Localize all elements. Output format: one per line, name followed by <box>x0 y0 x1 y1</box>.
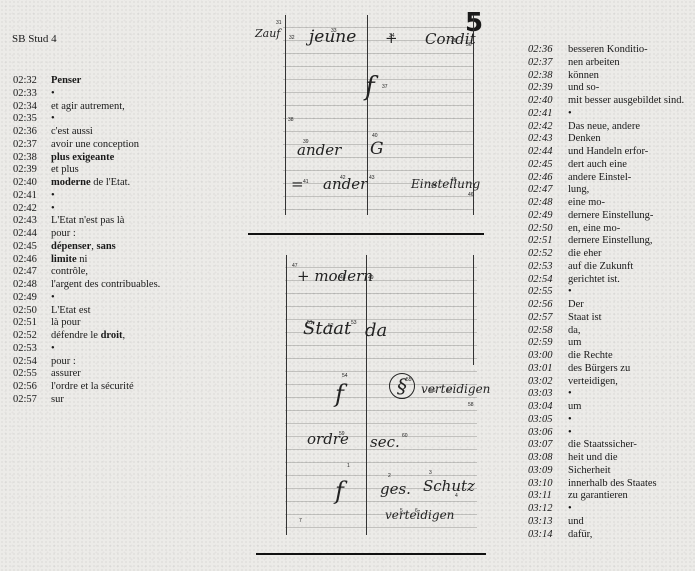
note-index: 44 <box>431 183 437 189</box>
transcript-row: 02:38plus exigeante <box>13 152 160 165</box>
transcript-text: • <box>51 88 55 101</box>
transcript-row: 03:11zu garantieren <box>528 490 684 503</box>
timestamp: 03:09 <box>528 465 568 478</box>
timestamp: 02:57 <box>13 394 51 407</box>
timestamp: 03:14 <box>528 529 568 542</box>
timestamp: 03:02 <box>528 376 568 389</box>
timestamp: 02:56 <box>13 381 51 394</box>
transcript-text: • <box>51 343 55 356</box>
transcript-text: en, eine mo- <box>568 223 620 236</box>
timestamp: 02:41 <box>13 190 51 203</box>
timestamp: 02:40 <box>13 177 51 190</box>
transcript-row: 02:37avoir une conception <box>13 139 160 152</box>
transcript-row: 02:55• <box>528 286 684 299</box>
center-line <box>366 255 367 535</box>
timestamp: 02:53 <box>528 261 568 274</box>
note-index: 5 <box>400 508 403 514</box>
timestamp: 03:03 <box>528 388 568 401</box>
german-transcript: 02:36besseren Konditio-02:37nen arbeiten… <box>528 44 684 541</box>
transcript-row: 02:46limite ni <box>13 254 160 267</box>
transcript-row: 03:14dafür, <box>528 529 684 542</box>
transcript-text: dert auch eine <box>568 159 627 172</box>
transcript-row: 02:42• <box>13 203 160 216</box>
transcript-row: 02:47lung, <box>528 184 684 197</box>
transcript-text: dépenser, sans <box>51 241 116 254</box>
transcript-text: sur <box>51 394 64 407</box>
transcript-text: assurer <box>51 368 81 381</box>
transcript-text: moderne de l'Etat. <box>51 177 130 190</box>
transcript-text: des Bürgers zu <box>568 363 630 376</box>
transcript-text: da, <box>568 325 581 338</box>
text-segment: • <box>51 203 55 214</box>
transcript-text: und so- <box>568 82 599 95</box>
note-index: 56 <box>430 388 436 394</box>
transcript-row: 02:47contrôle, <box>13 266 160 279</box>
transcript-row: 02:49dernere Einstellung- <box>528 210 684 223</box>
timestamp: 02:55 <box>13 368 51 381</box>
note-index: 35 <box>451 38 457 44</box>
transcript-text: Denken <box>568 133 601 146</box>
transcript-text: dernere Einstellung, <box>568 235 653 248</box>
transcript-text: die Rechte <box>568 350 613 363</box>
margin-line <box>285 15 286 215</box>
transcript-text: • <box>51 190 55 203</box>
note-symbol: f <box>335 380 344 408</box>
timestamp: 02:42 <box>13 203 51 216</box>
transcript-row: 02:51dernere Einstellung, <box>528 235 684 248</box>
timestamp: 02:36 <box>528 44 568 57</box>
margin-line <box>286 255 287 535</box>
transcript-text: besseren Konditio- <box>568 44 648 57</box>
transcript-text: • <box>568 108 572 121</box>
transcript-row: 03:01des Bürgers zu <box>528 363 684 376</box>
transcript-row: 03:10innerhalb des Staates <box>528 478 684 491</box>
timestamp: 02:35 <box>13 113 51 126</box>
transcript-text: plus exigeante <box>51 152 114 165</box>
handwritten-notes-page-1: Zauf jeune + Condit f ander G = ander Ei… <box>283 15 473 215</box>
timestamp: 03:08 <box>528 452 568 465</box>
transcript-row: 03:03• <box>528 388 684 401</box>
note-index: 39 <box>303 139 309 145</box>
transcript-text: und Handeln erfor- <box>568 146 648 159</box>
divider-rule <box>256 553 486 555</box>
divider-rule <box>248 233 484 235</box>
note-symbol: G <box>370 139 384 159</box>
timestamp: 02:57 <box>528 312 568 325</box>
note-index: 59 <box>339 431 345 437</box>
timestamp: 02:54 <box>13 356 51 369</box>
text-segment: • <box>51 113 55 124</box>
transcript-text: • <box>51 292 55 305</box>
note-index: 32 <box>289 35 295 41</box>
transcript-text: là pour <box>51 317 80 330</box>
transcript-row: 02:42Das neue, andere <box>528 121 684 134</box>
transcript-row: 02:49• <box>13 292 160 305</box>
text-segment: défendre le <box>51 330 101 341</box>
french-transcript: 02:32Penser02:33•02:34et agir autrement,… <box>13 75 160 407</box>
transcript-text: • <box>568 503 572 516</box>
text-segment: • <box>51 190 55 201</box>
transcript-text: défendre le droit, <box>51 330 125 343</box>
timestamp: 02:46 <box>528 172 568 185</box>
transcript-row: 03:07die Staatssicher- <box>528 439 684 452</box>
text-segment: • <box>51 88 55 99</box>
text-segment: plus exigeante <box>51 152 114 163</box>
transcript-row: 02:59um <box>528 337 684 350</box>
handwritten-notes-page-2: + modern Staat da f § verteidigen ordre … <box>285 255 477 535</box>
transcript-text: und <box>568 516 584 529</box>
note-index: 36 <box>466 42 472 48</box>
transcript-row: 03:04um <box>528 401 684 414</box>
document-header: SB Stud 4 <box>12 33 57 45</box>
transcript-text: mit besser ausgebildet sind. <box>568 95 684 108</box>
timestamp: 02:39 <box>528 82 568 95</box>
note-word: sec. <box>370 433 400 451</box>
note-index: 51 <box>307 320 313 326</box>
transcript-text: um <box>568 401 581 414</box>
text-segment: • <box>51 343 55 354</box>
timestamp: 02:51 <box>528 235 568 248</box>
transcript-row: 02:45dépenser, sans <box>13 241 160 254</box>
text-segment: ni <box>77 254 88 265</box>
transcript-row: 02:50L'Etat est <box>13 305 160 318</box>
transcript-text: • <box>568 427 572 440</box>
timestamp: 02:51 <box>13 317 51 330</box>
transcript-text: contrôle, <box>51 266 88 279</box>
transcript-row: 02:55assurer <box>13 368 160 381</box>
transcript-text: • <box>568 286 572 299</box>
timestamp: 02:53 <box>13 343 51 356</box>
timestamp: 02:49 <box>13 292 51 305</box>
text-segment: Penser <box>51 75 81 86</box>
transcript-row: 03:02verteidigen, <box>528 376 684 389</box>
transcript-row: 02:52défendre le droit, <box>13 330 160 343</box>
timestamp: 02:42 <box>528 121 568 134</box>
transcript-text: limite ni <box>51 254 87 267</box>
timestamp: 02:45 <box>528 159 568 172</box>
transcript-text: eine mo- <box>568 197 605 210</box>
transcript-row: 03:09Sicherheit <box>528 465 684 478</box>
text-segment: moderne <box>51 177 91 188</box>
transcript-row: 02:39et plus <box>13 164 160 177</box>
timestamp: 02:48 <box>528 197 568 210</box>
text-segment: pour : <box>51 228 76 239</box>
note-index: 53 <box>351 320 357 326</box>
text-segment: , <box>123 330 126 341</box>
note-index: 1 <box>347 463 350 469</box>
transcript-text: • <box>51 203 55 216</box>
transcript-row: 02:44und Handeln erfor- <box>528 146 684 159</box>
text-segment: et agir autrement, <box>51 101 125 112</box>
transcript-row: 03:13und <box>528 516 684 529</box>
transcript-text: • <box>51 113 55 126</box>
text-segment: contrôle, <box>51 266 88 277</box>
transcript-row: 02:45dert auch eine <box>528 159 684 172</box>
transcript-text: et agir autrement, <box>51 101 125 114</box>
transcript-row: 03:00die Rechte <box>528 350 684 363</box>
right-edge <box>473 255 474 365</box>
note-word: + modern <box>297 267 373 285</box>
timestamp: 02:56 <box>528 299 568 312</box>
timestamp: 02:55 <box>528 286 568 299</box>
text-segment: de l'Etat. <box>91 177 131 188</box>
timestamp: 02:54 <box>528 274 568 287</box>
text-segment: limite <box>51 254 77 265</box>
transcript-text: Der <box>568 299 584 312</box>
timestamp: 03:06 <box>528 427 568 440</box>
transcript-row: 02:48l'argent des contribuables. <box>13 279 160 292</box>
transcript-text: nen arbeiten <box>568 57 620 70</box>
note-index: 3 <box>429 470 432 476</box>
transcript-row: 02:43Denken <box>528 133 684 146</box>
transcript-row: 02:40mit besser ausgebildet sind. <box>528 95 684 108</box>
transcript-text: zu garantieren <box>568 490 628 503</box>
note-index: 7 <box>299 518 302 524</box>
note-index: 6 <box>415 508 418 514</box>
text-segment: sans <box>97 241 116 252</box>
timestamp: 02:44 <box>13 228 51 241</box>
transcript-row: 02:54pour : <box>13 356 160 369</box>
note-word: Zauf <box>255 27 280 40</box>
timestamp: 02:48 <box>13 279 51 292</box>
timestamp: 02:43 <box>13 215 51 228</box>
transcript-row: 02:40moderne de l'Etat. <box>13 177 160 190</box>
timestamp: 02:50 <box>528 223 568 236</box>
transcript-row: 02:56Der <box>528 299 684 312</box>
timestamp: 02:34 <box>13 101 51 114</box>
note-index: 4 <box>455 493 458 499</box>
transcript-row: 02:33• <box>13 88 160 101</box>
transcript-row: 02:41• <box>13 190 160 203</box>
timestamp: 03:11 <box>528 490 568 503</box>
transcript-row: 02:37nen arbeiten <box>528 57 684 70</box>
transcript-text: L'Etat est <box>51 305 91 318</box>
timestamp: 03:05 <box>528 414 568 427</box>
timestamp: 02:37 <box>528 57 568 70</box>
transcript-text: andere Einstel- <box>568 172 631 185</box>
transcript-text: innerhalb des Staates <box>568 478 657 491</box>
transcript-row: 02:48eine mo- <box>528 197 684 210</box>
note-index: 58 <box>468 402 474 408</box>
transcript-row: 02:36c'est aussi <box>13 126 160 139</box>
transcript-text: L'Etat n'est pas là <box>51 215 124 228</box>
note-index: 38 <box>288 117 294 123</box>
transcript-text: dafür, <box>568 529 592 542</box>
note-word: Schutz <box>423 477 475 495</box>
transcript-row: 02:34et agir autrement, <box>13 101 160 114</box>
timestamp: 02:49 <box>528 210 568 223</box>
note-index: 47 <box>292 263 298 269</box>
timestamp: 02:37 <box>13 139 51 152</box>
transcript-text: verteidigen, <box>568 376 618 389</box>
timestamp: 03:07 <box>528 439 568 452</box>
timestamp: 02:41 <box>528 108 568 121</box>
text-segment: là pour <box>51 317 80 328</box>
transcript-text: heit und die <box>568 452 618 465</box>
timestamp: 03:00 <box>528 350 568 363</box>
timestamp: 02:33 <box>13 88 51 101</box>
note-symbol: f <box>365 72 375 102</box>
transcript-text: • <box>568 388 572 401</box>
note-word: = <box>291 175 304 193</box>
transcript-row: 02:51là pour <box>13 317 160 330</box>
note-index: 34 <box>389 33 395 39</box>
transcript-row: 03:12• <box>528 503 684 516</box>
timestamp: 02:32 <box>13 75 51 88</box>
note-index: 48 <box>340 275 346 281</box>
timestamp: 02:45 <box>13 241 51 254</box>
timestamp: 02:43 <box>528 133 568 146</box>
transcript-text: auf die Zukunft <box>568 261 633 274</box>
timestamp: 03:10 <box>528 478 568 491</box>
transcript-row: 02:39und so- <box>528 82 684 95</box>
transcript-row: 02:53• <box>13 343 160 356</box>
timestamp: 02:47 <box>13 266 51 279</box>
transcript-text: et plus <box>51 164 79 177</box>
text-segment: pour : <box>51 356 76 367</box>
transcript-text: avoir une conception <box>51 139 139 152</box>
transcript-row: 02:53auf die Zukunft <box>528 261 684 274</box>
transcript-text: gerichtet ist. <box>568 274 620 287</box>
transcript-text: l'ordre et la sécurité <box>51 381 134 394</box>
text-segment: L'Etat n'est pas là <box>51 215 124 226</box>
note-index: 45 <box>451 177 457 183</box>
transcript-row: 03:05• <box>528 414 684 427</box>
timestamp: 03:12 <box>528 503 568 516</box>
transcript-text: Penser <box>51 75 81 88</box>
note-index: 46 <box>468 192 474 198</box>
transcript-row: 02:38können <box>528 70 684 83</box>
transcript-row: 02:50en, eine mo- <box>528 223 684 236</box>
timestamp: 02:36 <box>13 126 51 139</box>
note-word: verteidigen <box>385 508 454 522</box>
text-segment: • <box>51 292 55 303</box>
note-word: Einstellung <box>411 177 480 191</box>
timestamp: 02:59 <box>528 337 568 350</box>
text-segment: L'Etat est <box>51 305 91 316</box>
transcript-row: 02:58da, <box>528 325 684 338</box>
note-word: da <box>365 320 387 341</box>
timestamp: 02:52 <box>13 330 51 343</box>
text-segment: c'est aussi <box>51 126 93 137</box>
note-word: ges. <box>380 480 411 498</box>
note-index: 55 <box>406 377 412 383</box>
timestamp: 02:52 <box>528 248 568 261</box>
timestamp: 03:01 <box>528 363 568 376</box>
transcript-row: 02:54gerichtet ist. <box>528 274 684 287</box>
note-index: 41 <box>303 179 309 185</box>
text-segment: l'argent des contribuables. <box>51 279 160 290</box>
transcript-row: 02:44pour : <box>13 228 160 241</box>
timestamp: 02:38 <box>528 70 568 83</box>
timestamp: 02:50 <box>13 305 51 318</box>
timestamp: 02:46 <box>13 254 51 267</box>
note-index: 52 <box>328 323 334 329</box>
transcript-row: 03:08heit und die <box>528 452 684 465</box>
timestamp: 03:04 <box>528 401 568 414</box>
note-index: 57 <box>447 388 453 394</box>
transcript-text: die Staatssicher- <box>568 439 637 452</box>
transcript-row: 02:57sur <box>13 394 160 407</box>
transcript-text: • <box>568 414 572 427</box>
transcript-row: 02:36besseren Konditio- <box>528 44 684 57</box>
transcript-text: pour : <box>51 228 76 241</box>
note-symbol: f <box>335 477 344 505</box>
text-segment: droit <box>101 330 123 341</box>
timestamp: 02:44 <box>528 146 568 159</box>
transcript-text: Das neue, andere <box>568 121 640 134</box>
note-index: 37 <box>382 84 388 90</box>
timestamp: 03:13 <box>528 516 568 529</box>
transcript-text: um <box>568 337 581 350</box>
text-segment: avoir une conception <box>51 139 139 150</box>
transcript-text: dernere Einstellung- <box>568 210 653 223</box>
transcript-text: l'argent des contribuables. <box>51 279 160 292</box>
text-segment: dépenser <box>51 241 91 252</box>
transcript-text: lung, <box>568 184 589 197</box>
transcript-row: 02:57Staat ist <box>528 312 684 325</box>
timestamp: 02:40 <box>528 95 568 108</box>
transcript-row: 02:32Penser <box>13 75 160 88</box>
note-index: 40 <box>372 133 378 139</box>
transcript-text: die eher <box>568 248 602 261</box>
note-index: 31 <box>276 20 282 26</box>
text-segment: assurer <box>51 368 81 379</box>
transcript-row: 03:06• <box>528 427 684 440</box>
note-index: 49 <box>368 275 374 281</box>
transcript-text: Sicherheit <box>568 465 611 478</box>
transcript-row: 02:52die eher <box>528 248 684 261</box>
timestamp: 02:58 <box>528 325 568 338</box>
timestamp: 02:38 <box>13 152 51 165</box>
transcript-text: Staat ist <box>568 312 602 325</box>
transcript-text: pour : <box>51 356 76 369</box>
transcript-text: können <box>568 70 599 83</box>
transcript-row: 02:35• <box>13 113 160 126</box>
transcript-row: 02:56l'ordre et la sécurité <box>13 381 160 394</box>
transcript-row: 02:41• <box>528 108 684 121</box>
text-segment: sur <box>51 394 64 405</box>
text-segment: et plus <box>51 164 79 175</box>
timestamp: 02:47 <box>528 184 568 197</box>
note-index: 33 <box>331 28 337 34</box>
note-index: 42 <box>340 175 346 181</box>
transcript-text: c'est aussi <box>51 126 93 139</box>
transcript-row: 02:46andere Einstel- <box>528 172 684 185</box>
note-index: 2 <box>388 473 391 479</box>
transcript-row: 02:43L'Etat n'est pas là <box>13 215 160 228</box>
timestamp: 02:39 <box>13 164 51 177</box>
note-index: 43 <box>369 175 375 181</box>
note-index: 60 <box>402 433 408 439</box>
text-segment: l'ordre et la sécurité <box>51 381 134 392</box>
note-index: 54 <box>342 373 348 379</box>
